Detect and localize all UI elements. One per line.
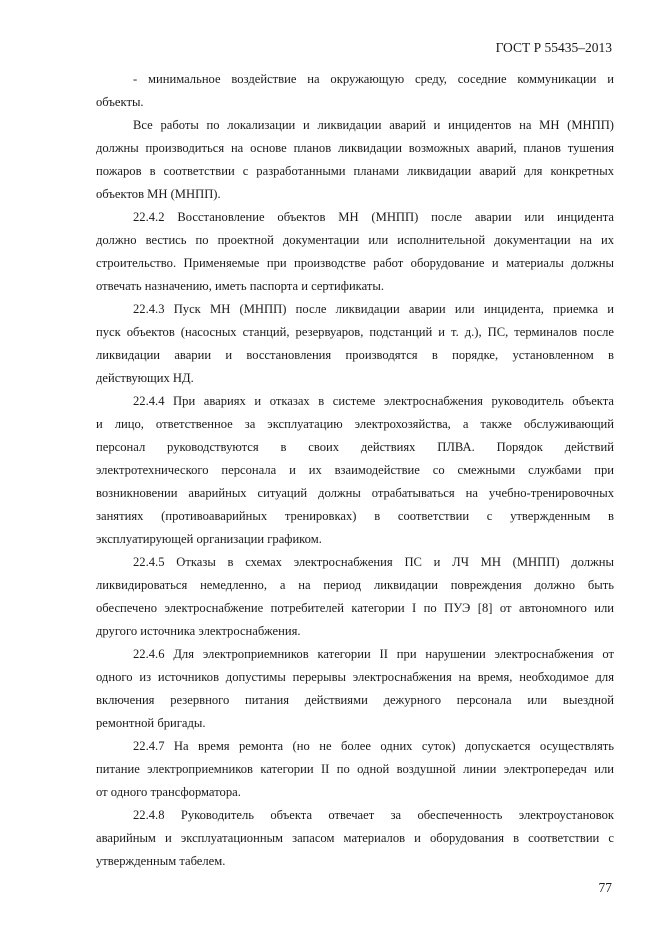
- paragraph-22-4-6: 22.4.6 Для электроприемников категории I…: [96, 643, 614, 735]
- paragraph-22-4-2: 22.4.2 Восстановление объектов МН (МНПП)…: [96, 206, 614, 298]
- text-line: питание электроприемников категории II п…: [96, 758, 614, 781]
- text-line: пуск объектов (насосных станций, резерву…: [96, 321, 614, 344]
- text-line: объекты.: [96, 91, 614, 114]
- text-line: ликвидироваться немедленно, а на период …: [96, 574, 614, 597]
- text-line: эксплуатирующей организации графиком.: [96, 528, 614, 551]
- document-body: - минимальное воздействие на окружающую …: [96, 68, 614, 873]
- text-line: должны производиться на основе планов ли…: [96, 137, 614, 160]
- text-line: 22.4.7 На время ремонта (но не более одн…: [96, 735, 614, 758]
- text-line: объектов МН (МНПП).: [96, 183, 614, 206]
- text-line: 22.4.6 Для электроприемников категории I…: [96, 643, 614, 666]
- text-line: действующих НД.: [96, 367, 614, 390]
- text-line: ликвидации аварии и восстановления произ…: [96, 344, 614, 367]
- paragraph-all-works: Все работы по локализации и ликвидации а…: [96, 114, 614, 206]
- text-line: и лицо, ответственное за эксплуатацию эл…: [96, 413, 614, 436]
- page-number: 77: [599, 880, 613, 896]
- text-line: Все работы по локализации и ликвидации а…: [96, 114, 614, 137]
- paragraph-22-4-3: 22.4.3 Пуск МН (МНПП) после ликвидации а…: [96, 298, 614, 390]
- text-line: от одного трансформатора.: [96, 781, 614, 804]
- text-line: электротехнического персонала и их взаим…: [96, 459, 614, 482]
- text-line: отвечать назначению, иметь паспорта и се…: [96, 275, 614, 298]
- text-line: занятиях (противоаварийных тренировках) …: [96, 505, 614, 528]
- text-line: персонал руководствуются в своих действи…: [96, 436, 614, 459]
- text-line: аварийным и эксплуатационным запасом мат…: [96, 827, 614, 850]
- text-line: включения резервного питания действиями …: [96, 689, 614, 712]
- text-line: 22.4.3 Пуск МН (МНПП) после ликвидации а…: [96, 298, 614, 321]
- paragraph-22-4-5: 22.4.5 Отказы в схемах электроснабжения …: [96, 551, 614, 643]
- text-line: 22.4.2 Восстановление объектов МН (МНПП)…: [96, 206, 614, 229]
- text-line: 22.4.5 Отказы в схемах электроснабжения …: [96, 551, 614, 574]
- text-line: обеспечено электроснабжение потребителей…: [96, 597, 614, 620]
- paragraph-22-4-8: 22.4.8 Руководитель объекта отвечает за …: [96, 804, 614, 873]
- text-line: другого источника электроснабжения.: [96, 620, 614, 643]
- text-line: пожаров в соответствии с разработанными …: [96, 160, 614, 183]
- paragraph-22-4-7: 22.4.7 На время ремонта (но не более одн…: [96, 735, 614, 804]
- text-line: ремонтной бригады.: [96, 712, 614, 735]
- text-line: 22.4.8 Руководитель объекта отвечает за …: [96, 804, 614, 827]
- text-line: строительство. Применяемые при производс…: [96, 252, 614, 275]
- text-line: должно вестись по проектной документации…: [96, 229, 614, 252]
- paragraph-bullet-environment: - минимальное воздействие на окружающую …: [96, 68, 614, 114]
- paragraph-22-4-4: 22.4.4 При авариях и отказах в системе э…: [96, 390, 614, 551]
- document-header: ГОСТ Р 55435–2013: [496, 40, 612, 56]
- text-line: - минимальное воздействие на окружающую …: [96, 68, 614, 91]
- text-line: возникновении аварийных ситуаций должны …: [96, 482, 614, 505]
- text-line: утвержденным табелем.: [96, 850, 614, 873]
- text-line: одного из источников допустимы перерывы …: [96, 666, 614, 689]
- text-line: 22.4.4 При авариях и отказах в системе э…: [96, 390, 614, 413]
